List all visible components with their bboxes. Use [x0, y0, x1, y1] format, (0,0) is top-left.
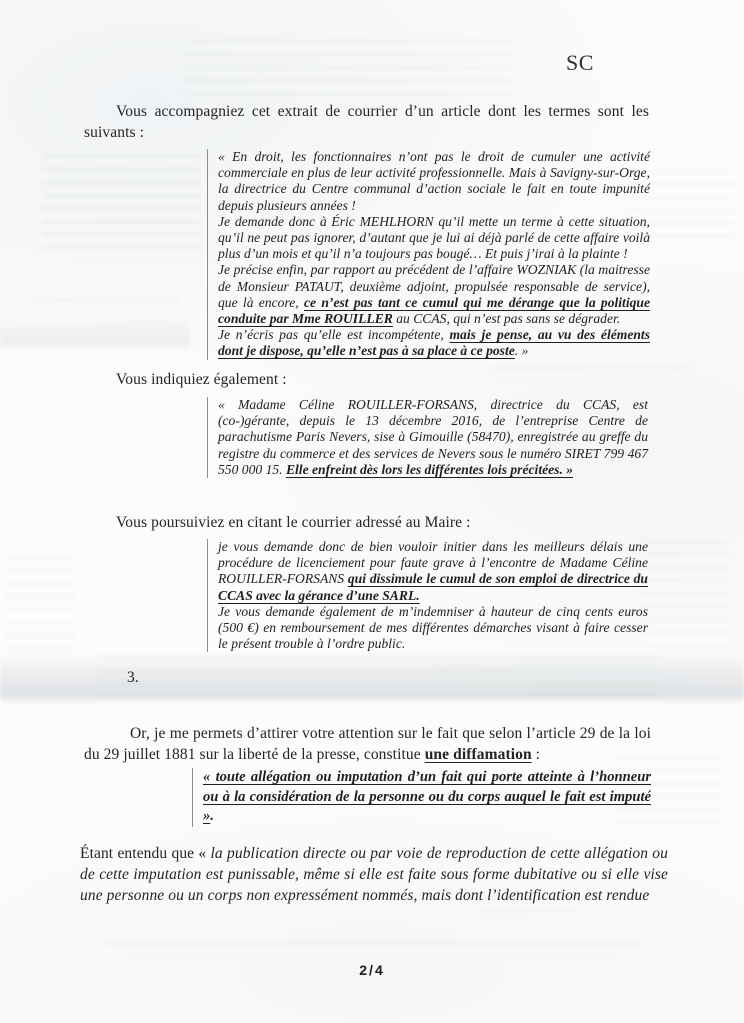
siret-quote: « Madame Céline ROUILLER-FORSANS, direct… — [207, 397, 648, 478]
scan-shadow-band — [0, 652, 744, 704]
text-segment: Or, je me permets d’attirer votre attent… — [84, 725, 651, 763]
text-segment: . — [210, 808, 214, 824]
text-segment: Vous poursuiviez en citant le courrier a… — [116, 514, 470, 531]
bleed-through-artifact — [42, 155, 202, 250]
bleed-through-artifact — [100, 656, 660, 700]
list-item-3: 3. — [127, 667, 139, 688]
courrier-quote: je vous demande donc de bien vouloir ini… — [207, 539, 648, 652]
text-segment: « toute allégation ou imputation d’un fa… — [203, 769, 651, 824]
text-segment: 3. — [127, 669, 139, 686]
text-segment: Vous accompagniez cet extrait de courrie… — [84, 103, 649, 141]
bleed-through-artifact — [640, 540, 730, 650]
scanned-letter-page: SC Vous accompagniez cet extrait de cour… — [0, 0, 744, 1023]
intro-paragraph: Vous accompagniez cet extrait de courrie… — [84, 101, 649, 143]
diffamation-paragraph: Or, je me permets d’attirer votre attent… — [84, 723, 651, 765]
text-segment: Étant entendu que « — [80, 845, 211, 862]
article-quote: « En droit, les fonctionnaires n’ont pas… — [207, 149, 650, 360]
text-segment: . » — [515, 343, 529, 358]
text-segment: : — [532, 746, 540, 763]
text-segment: une diffamation — [425, 746, 532, 763]
text-segment: Vous indiquiez également : — [116, 371, 287, 388]
bleed-through-artifact — [30, 298, 180, 312]
text-segment: Je vous demande également de m’indemnise… — [218, 604, 648, 651]
definition-quote: « toute allégation ou imputation d’un fa… — [192, 768, 651, 827]
text-segment: Elle enfreint dès lors les différentes l… — [286, 462, 573, 477]
bleed-through-artifact — [185, 40, 515, 98]
poursuiviez-paragraph: Vous poursuiviez en citant le courrier a… — [84, 512, 649, 533]
indiquiez-paragraph: Vous indiquiez également : — [84, 369, 649, 390]
scan-shadow-band — [0, 316, 190, 350]
text-segment: « En droit, les fonctionnaires n’ont pas… — [218, 149, 650, 310]
header-mark: SC — [566, 50, 594, 76]
bleed-through-artifact — [104, 942, 644, 956]
etant-entendu-paragraph: Étant entendu que « la publication direc… — [80, 843, 668, 906]
page-number: 2/4 — [0, 962, 744, 978]
bleed-through-artifact — [4, 556, 76, 652]
